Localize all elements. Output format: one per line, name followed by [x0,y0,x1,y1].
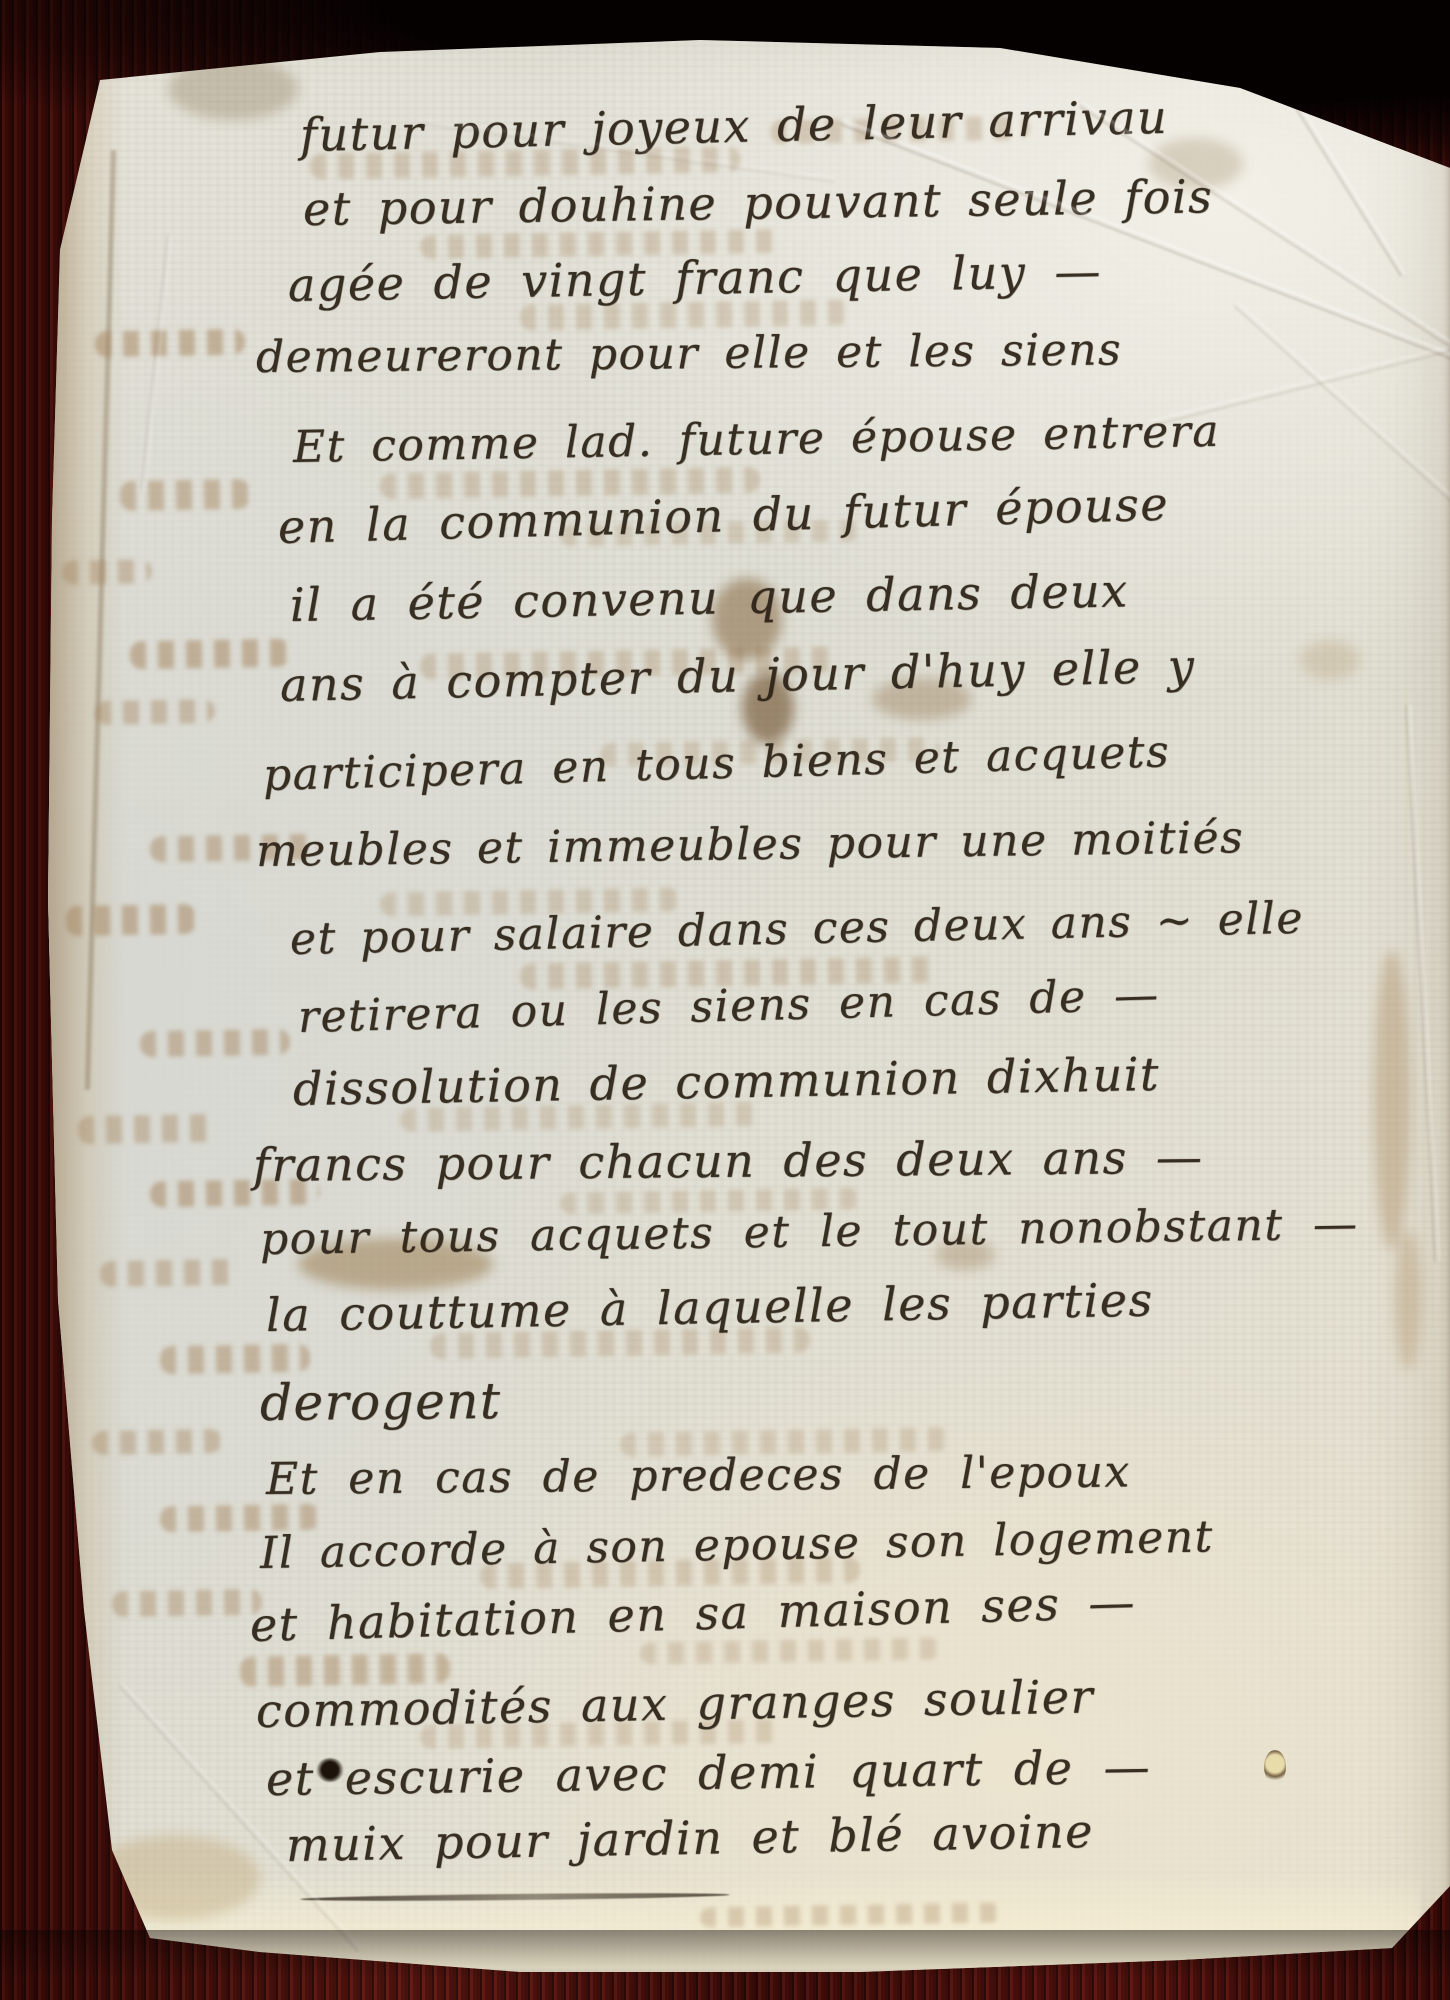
bleedthrough-mark [640,1637,940,1664]
manuscript-page: futur pour joyeux de leur arrivauet pour… [0,0,1450,2000]
manuscript-line-18: Et en cas de predeces de l'epoux [266,1446,1131,1505]
paper-stain [1374,950,1410,1250]
paper-crease [1405,703,1441,1263]
bleedthrough-mark [140,1029,290,1058]
manuscript-line-22: et escurie avec demi quart de — [266,1740,1152,1806]
deckled-paper-edge [40,78,124,1958]
paper-stain [1300,640,1360,680]
bleedthrough-mark [66,904,197,936]
manuscript-line-14: francs pour chacun des deux ans — [253,1130,1204,1192]
bleedthrough-mark [95,329,245,358]
paper-crease [139,233,173,492]
manuscript-line-13: dissolution de communion dixhuit [293,1047,1161,1116]
paper-crease [1149,328,1450,427]
paper-crease [1233,301,1450,527]
bleedthrough-mark [112,1589,262,1618]
manuscript-line-23: muix pour jardin et blé avoine [286,1804,1095,1872]
manuscript-line-19: Il accorde à son epouse son logement [260,1511,1215,1579]
manuscript-line-3: agée de vingt franc que luy — [288,244,1103,312]
manuscript-line-12: retirera ou les siens en cas de — [297,969,1160,1043]
manuscript-line-4: demeureront pour elle et les siens [256,324,1123,383]
manuscript-line-10: meubles et immeubles pour une moitiés [256,812,1245,877]
manuscript-line-8: ans à compter du jour d'huy elle y [279,639,1195,712]
manuscript-line-17: derogent [260,1372,502,1432]
paper-stain [168,58,298,120]
paper-stain [1395,1230,1421,1370]
manuscript-line-7: il a été convenu que dans deux [290,563,1130,632]
manuscript-line-5: Et comme lad. future épouse entrera [293,406,1221,473]
paper-hole [1264,1750,1286,1784]
manuscript-line-9: participera en tous biens et acquets [262,726,1170,801]
bleedthrough-mark [78,1114,218,1144]
bleedthrough-mark [160,1344,310,1375]
ink-blot [316,1758,344,1782]
bleedthrough-mark [100,1259,240,1287]
paper-crease [1263,54,1407,278]
manuscript-line-20: et habitation en sa maison ses — [249,1575,1136,1652]
manuscript-line-15: pour tous acquets et le tout nonobstant … [260,1199,1359,1265]
paper-stain [90,1835,260,1920]
bleedthrough-mark [95,699,215,725]
bleedthrough-mark [62,559,152,585]
bleedthrough-mark [92,1429,222,1455]
manuscript-line-2: et pour douhine pouvant seule fois [303,169,1214,236]
bleedthrough-mark [130,639,290,670]
photo-scene: futur pour joyeux de leur arrivauet pour… [0,0,1450,2000]
